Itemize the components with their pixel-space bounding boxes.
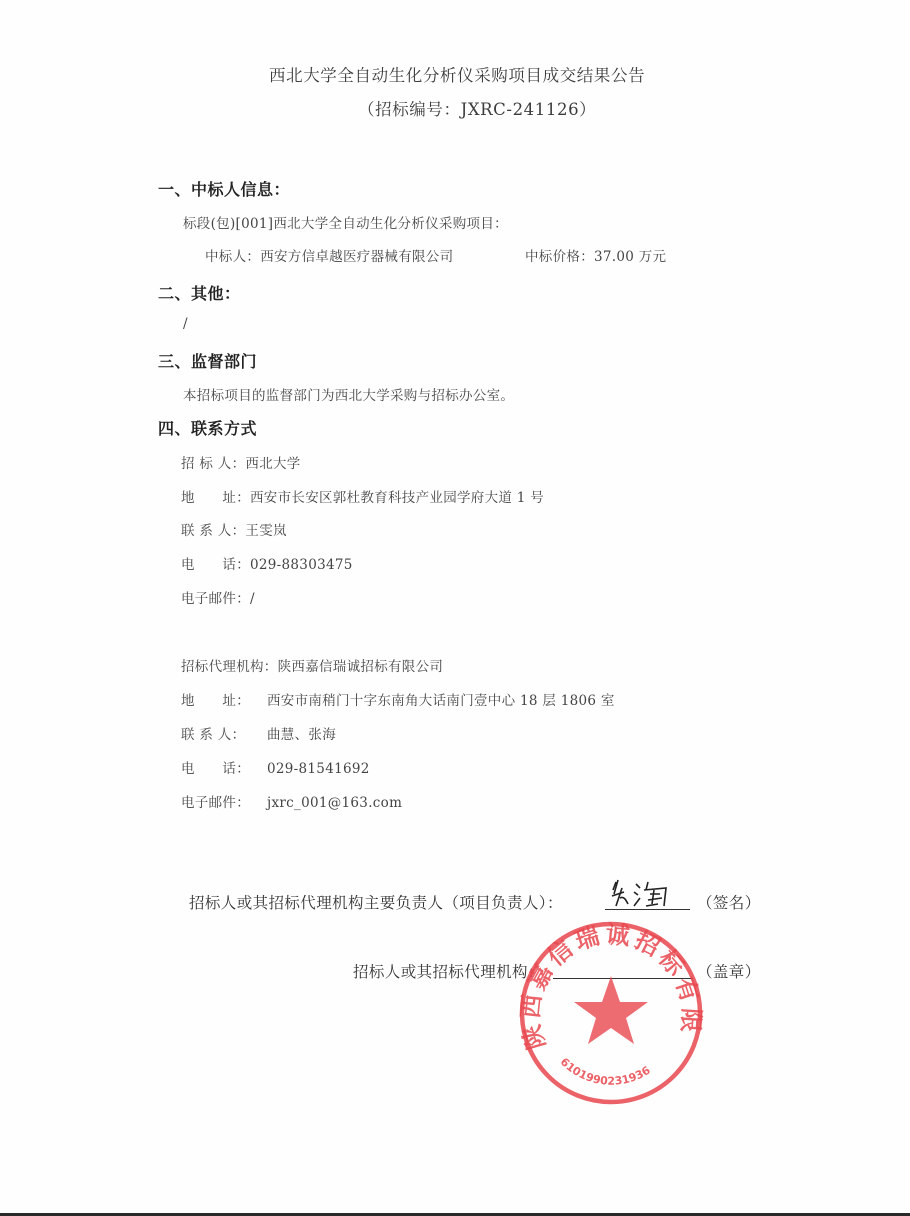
purchaser-phone-value: 029-88303475: [250, 557, 353, 573]
purchaser-contact-row: 联 系 人：王雯岚: [181, 519, 287, 539]
price-row: 中标价格：37.00 万元: [525, 245, 666, 265]
purchaser-phone-row: 电 话：029-88303475: [181, 553, 353, 573]
agency-phone-label: 电 话：: [181, 757, 267, 777]
agency-contact-value: 曲慧、张海: [267, 727, 336, 743]
section-heading-supervision: 三、监督部门: [158, 349, 257, 372]
agency-email-value: jxrc_001@163.com: [267, 795, 402, 811]
winner-label: 中标人：: [205, 249, 260, 265]
purchaser-address-label: 地 址：: [181, 490, 250, 506]
agency-contact-row: 联 系 人：曲慧、张海: [181, 723, 336, 743]
purchaser-email-label: 电子邮件：: [181, 591, 250, 607]
other-content: /: [183, 316, 188, 332]
price-value: 37.00 万元: [594, 249, 666, 265]
agency-phone-row: 电 话：029-81541692: [181, 757, 370, 777]
agency-email-label: 电子邮件：: [181, 791, 267, 811]
agency-contact-label: 联 系 人：: [181, 723, 267, 743]
signature-suffix: （签名）: [697, 891, 761, 913]
responsible-person-label: 招标人或其招标代理机构主要负责人（项目负责人）：: [189, 891, 563, 913]
purchaser-name-row: 招 标 人：西北大学: [181, 452, 301, 472]
document-title: 西北大学全自动生化分析仪采购项目成交结果公告: [269, 62, 645, 86]
purchaser-name-value: 西北大学: [245, 456, 300, 472]
agency-name-row: 招标代理机构：陕西嘉信瑞诚招标有限公司: [181, 655, 443, 675]
agency-phone-value: 029-81541692: [267, 761, 370, 777]
agency-address-label: 地 址：: [181, 689, 267, 709]
seal-suffix: （盖章）: [697, 960, 761, 982]
star-icon: [574, 976, 648, 1044]
document-subtitle: （招标编号：JXRC-241126）: [358, 96, 596, 120]
price-label: 中标价格：: [525, 249, 594, 265]
purchaser-phone-label: 电 话：: [181, 557, 250, 573]
purchaser-email-value: /: [250, 591, 255, 607]
purchaser-name-label: 招 标 人：: [181, 456, 245, 472]
section-heading-other: 二、其他：: [158, 281, 241, 304]
purchaser-contact-value: 王雯岚: [245, 523, 286, 539]
purchaser-contact-label: 联 系 人：: [181, 523, 245, 539]
stamp-code-text: 6101990231936: [558, 1055, 653, 1087]
agency-name-label: 招标代理机构：: [181, 659, 278, 675]
supervision-content: 本招标项目的监督部门为西北大学采购与招标办公室。: [183, 384, 514, 404]
agency-address-value: 西安市南稍门十字东南角大话南门壹中心 18 层 1806 室: [267, 693, 615, 709]
agency-name-value: 陕西嘉信瑞诚招标有限公司: [278, 659, 444, 675]
winner-value: 西安方信卓越医疗器械有限公司: [260, 249, 453, 265]
section-heading-contact: 四、联系方式: [158, 416, 257, 439]
section-heading-winner: 一、中标人信息：: [158, 177, 290, 200]
lot-description: 标段(包)[001]西北大学全自动生化分析仪采购项目：: [183, 212, 508, 232]
purchaser-address-row: 地 址：西安市长安区郭杜教育科技产业园学府大道 1 号: [181, 486, 544, 506]
agency-email-row: 电子邮件：jxrc_001@163.com: [181, 791, 402, 811]
purchaser-address-value: 西安市长安区郭杜教育科技产业园学府大道 1 号: [250, 490, 544, 506]
company-seal-stamp: 陕西嘉信瑞诚招标有限公司 6101990231936: [516, 918, 706, 1108]
agency-address-row: 地 址：西安市南稍门十字东南角大话南门壹中心 18 层 1806 室: [181, 689, 615, 709]
purchaser-email-row: 电子邮件：/: [181, 587, 255, 607]
winner-row: 中标人：西安方信卓越医疗器械有限公司: [205, 245, 453, 265]
handwritten-signature: [608, 876, 688, 910]
